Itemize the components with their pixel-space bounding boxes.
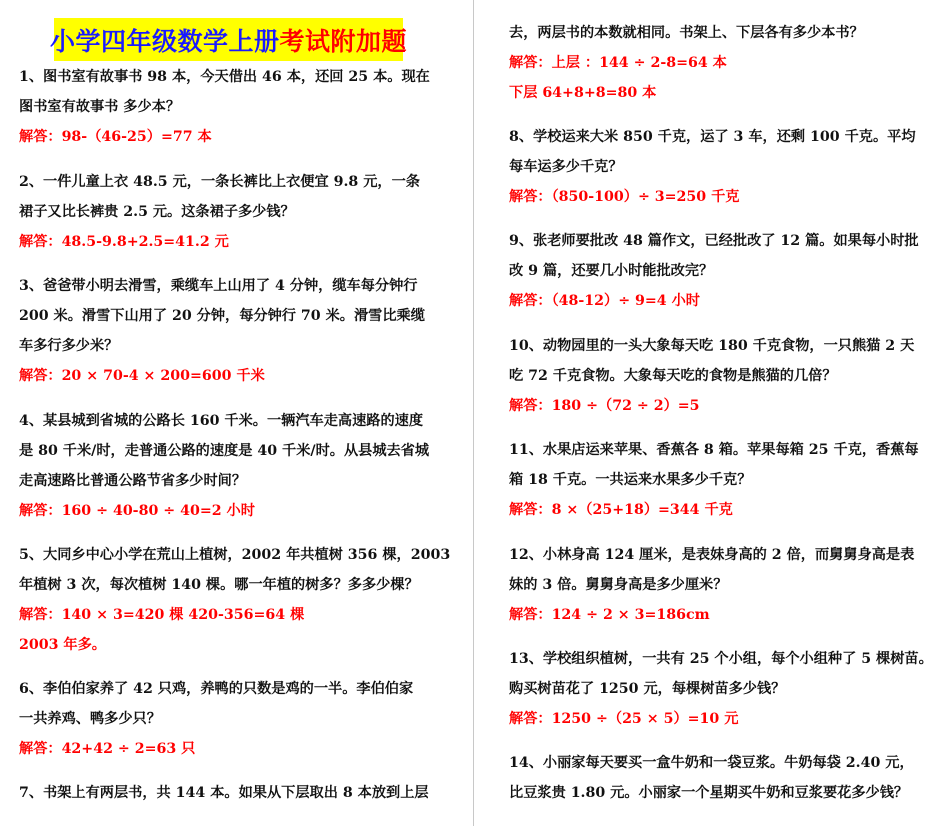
question-line: 去，两层书的本数就相同。书架上、下层各有多少本书？ xyxy=(509,23,864,43)
question-line: 6、李伯伯家养了 42 只鸡，养鸭的只数是鸡的一半。李伯伯家 xyxy=(19,679,413,699)
question-line: 1、图书室有故事书 98 本，今天借出 46 本，还回 25 本。现在 xyxy=(19,67,430,87)
question-line: 裙子又比长裤贵 2.5 元。这条裙子多少钱？ xyxy=(19,202,295,222)
question-line: 13、学校组织植树，一共有 25 个小组，每个小组种了 5 棵树苗。 xyxy=(509,649,933,669)
question-line: 走高速路比普通公路节省多少时间？ xyxy=(19,471,246,491)
answer-line: 解答：160 ÷ 40-80 ÷ 40=2 小时 xyxy=(19,501,255,521)
question-line: 比豆浆贵 1.80 元。小丽家一个星期买牛奶和豆浆要花多少钱？ xyxy=(509,783,908,803)
answer-line: 解答：42+42 ÷ 2=63 只 xyxy=(19,739,195,759)
question-line: 购买树苗花了 1250 元，每棵树苗多少钱？ xyxy=(509,679,785,699)
question-line: 14、小丽家每天要买一盒牛奶和一袋豆浆。牛奶每袋 2.40 元， xyxy=(509,753,914,773)
question-line: 2、一件儿童上衣 48.5 元，一条长裤比上衣便宜 9.8 元，一条 xyxy=(19,172,420,192)
title-part-extra-questions: 考试附加题 xyxy=(280,22,408,58)
answer-line: 解答：124 ÷ 2 × 3=186cm xyxy=(509,605,710,625)
question-line: 图书室有故事书 多少本？ xyxy=(19,97,180,117)
question-line: 每车运多少千克？ xyxy=(509,157,623,177)
answer-line: 解答：20 × 70-4 × 200=600 千米 xyxy=(19,366,265,386)
question-line: 200 米。滑雪下山用了 20 分钟，每分钟行 70 米。滑雪比乘缆 xyxy=(19,306,425,326)
title-part-grade-subject: 小学四年级数学上册 xyxy=(50,22,280,58)
question-line: 吃 72 千克食物。大象每天吃的食物是熊猫的几倍？ xyxy=(509,366,837,386)
answer-line: 解答：98-（46-25）=77 本 xyxy=(19,127,212,147)
question-line: 一共养鸡、鸭多少只？ xyxy=(19,709,161,729)
answer-line: 解答：8 ×（25+18）=344 千克 xyxy=(509,500,733,520)
answer-line: 解答：180 ÷（72 ÷ 2）=5 xyxy=(509,396,700,416)
question-line: 10、动物园里的一头大象每天吃 180 千克食物，一只熊猫 2 天 xyxy=(509,336,914,356)
answer-line: 解答：48.5-9.8+2.5=41.2 元 xyxy=(19,232,229,252)
column-divider xyxy=(473,0,474,826)
question-line: 4、某县城到省城的公路长 160 千米。一辆汽车走高速路的速度 xyxy=(19,411,423,431)
page-title: 小学四年级数学上册考试附加题 xyxy=(54,18,403,61)
question-line: 5、大同乡中心小学在荒山上植树，2002 年共植树 356 棵，2003 xyxy=(19,545,450,565)
question-line: 12、小林身高 124 厘米，是表妹身高的 2 倍，而舅舅身高是表 xyxy=(509,545,914,565)
answer-line: 解答：（850-100）÷ 3=250 千克 xyxy=(509,187,739,207)
answer-line: 解答：（48-12）÷ 9=4 小时 xyxy=(509,291,700,311)
answer-line: 下层 64+8+8=80 本 xyxy=(509,83,656,103)
question-line: 11、水果店运来苹果、香蕉各 8 箱。苹果每箱 25 千克，香蕉每 xyxy=(509,440,919,460)
question-line: 妹的 3 倍。舅舅身高是多少厘米？ xyxy=(509,575,727,595)
question-line: 年植树 3 次，每次植树 140 棵。哪一年植的树多？多多少棵？ xyxy=(19,575,419,595)
answer-line: 解答：1250 ÷（25 × 5）=10 元 xyxy=(509,709,738,729)
question-line: 7、书架上有两层书，共 144 本。如果从下层取出 8 本放到上层 xyxy=(19,783,429,803)
question-line: 车多行多少米？ xyxy=(19,336,118,356)
answer-line: 解答：140 × 3=420 棵 420-356=64 棵 xyxy=(19,605,304,625)
answer-line: 解答：上层 ：144 ÷ 2-8=64 本 xyxy=(509,53,727,73)
answer-line: 2003 年多。 xyxy=(19,635,106,655)
question-line: 箱 18 千克。一共运来水果多少千克？ xyxy=(509,470,751,490)
question-line: 3、爸爸带小明去滑雪，乘缆车上山用了 4 分钟，缆车每分钟行 xyxy=(19,276,418,296)
question-line: 是 80 千米/时，走普通公路的速度是 40 千米/时。从县城去省城 xyxy=(19,441,429,461)
question-line: 改 9 篇，还要几小时能批改完？ xyxy=(509,261,713,281)
question-line: 8、学校运来大米 850 千克，运了 3 车，还剩 100 千克。平均 xyxy=(509,127,916,147)
question-line: 9、张老师要批改 48 篇作文，已经批改了 12 篇。如果每小时批 xyxy=(509,231,919,251)
